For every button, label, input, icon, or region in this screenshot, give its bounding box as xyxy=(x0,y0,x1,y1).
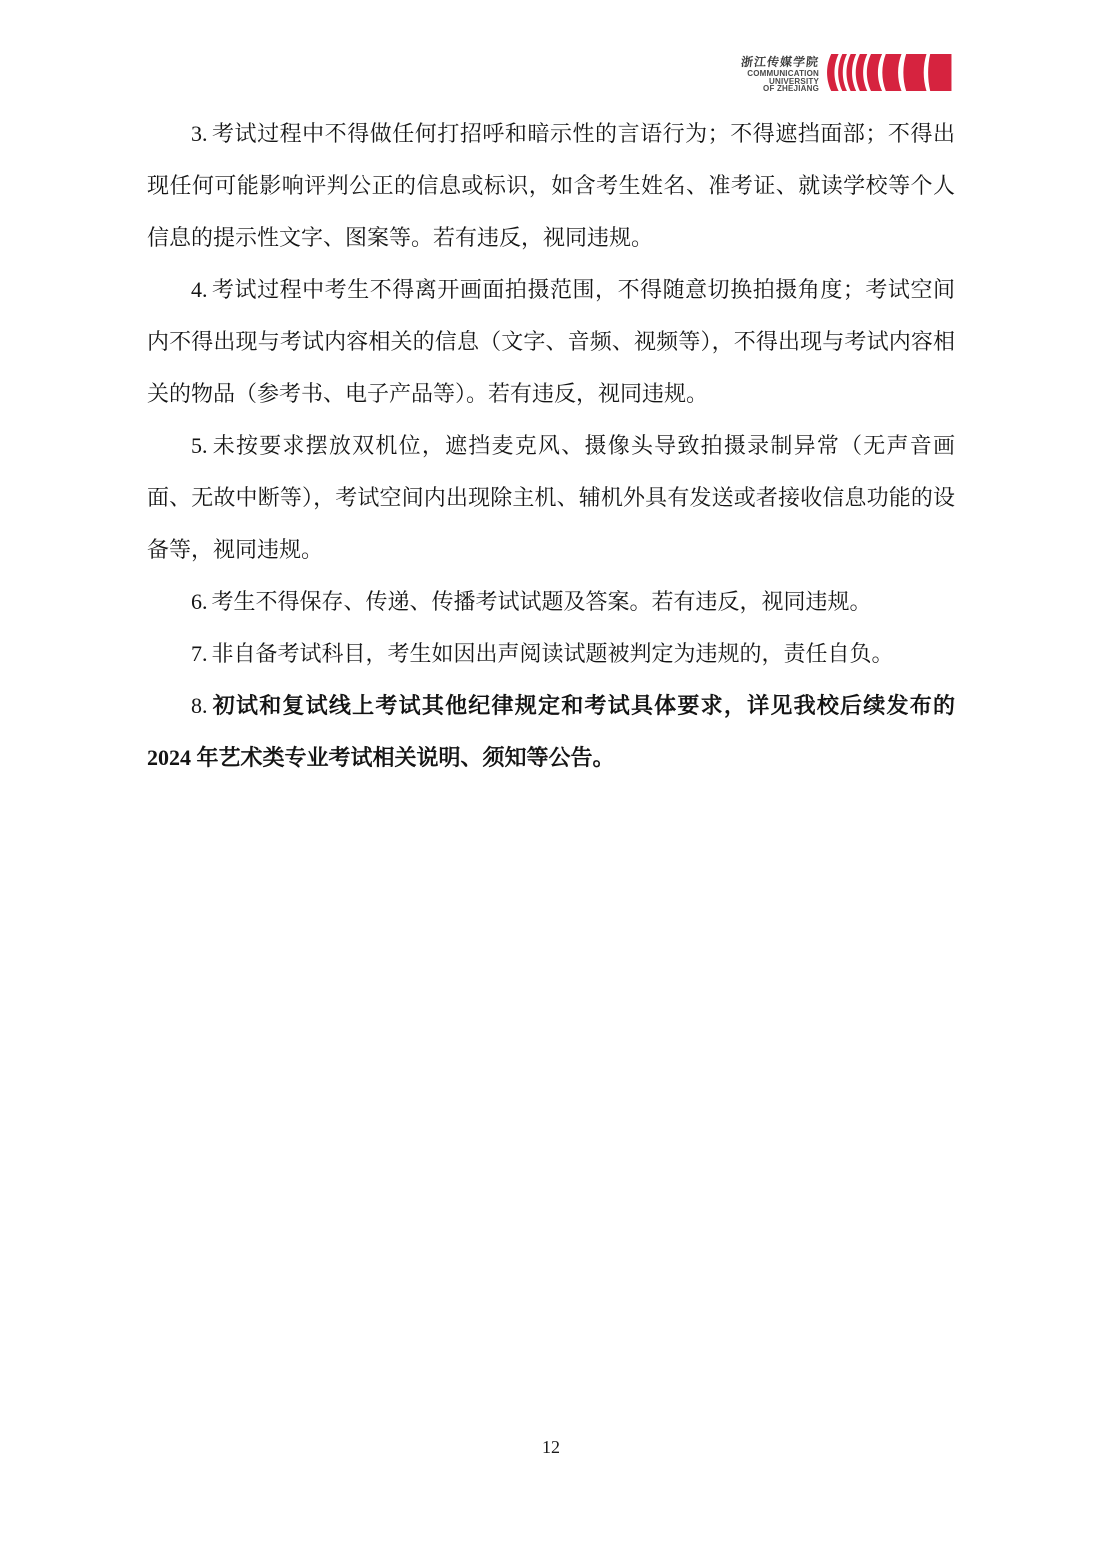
soundwave-logo-icon xyxy=(823,54,956,91)
clause-text: 未按要求摆放双机位，遮挡麦克风、摄像头导致拍摄录制异常（无声音画面、无故中断等）… xyxy=(147,433,955,562)
university-logo-text: 浙江传媒学院 COMMUNICATION UNIVERSITY OF ZHEJI… xyxy=(741,54,819,93)
clause-number: 8. xyxy=(191,693,208,718)
clause-number: 7. xyxy=(191,641,208,666)
clause-text: 考试过程中不得做任何打招呼和暗示性的言语行为；不得遮挡面部；不得出现任何可能影响… xyxy=(147,121,955,250)
document-page: 浙江传媒学院 COMMUNICATION UNIVERSITY OF ZHEJI… xyxy=(0,0,1102,1559)
clause-text: 初试和复试线上考试其他纪律规定和考试具体要求，详见我校后续发布的2024 年艺术… xyxy=(147,693,955,770)
clause-paragraph-6: 6.考生不得保存、传递、传播考试试题及答案。若有违反，视同违规。 xyxy=(147,576,955,628)
clause-paragraph-8: 8.初试和复试线上考试其他纪律规定和考试具体要求，详见我校后续发布的2024 年… xyxy=(147,680,955,784)
clause-number: 6. xyxy=(191,589,208,614)
university-name-chinese: 浙江传媒学院 xyxy=(740,55,819,69)
clause-number: 3. xyxy=(191,121,208,146)
clause-paragraph-7: 7.非自备考试科目，考生如因出声阅读试题被判定为违规的，责任自负。 xyxy=(147,628,955,680)
clause-paragraph-3: 3.考试过程中不得做任何打招呼和暗示性的言语行为；不得遮挡面部；不得出现任何可能… xyxy=(147,108,955,264)
clause-paragraph-5: 5.未按要求摆放双机位，遮挡麦克风、摄像头导致拍摄录制异常（无声音画面、无故中断… xyxy=(147,420,955,576)
clause-paragraph-4: 4.考试过程中考生不得离开画面拍摄范围，不得随意切换拍摄角度；考试空间内不得出现… xyxy=(147,264,955,420)
clause-text: 考生不得保存、传递、传播考试试题及答案。若有违反，视同违规。 xyxy=(212,589,872,614)
clause-text: 非自备考试科目，考生如因出声阅读试题被判定为违规的，责任自负。 xyxy=(212,641,894,666)
university-name-english-line: OF ZHEJIANG xyxy=(741,85,819,93)
clause-number: 5. xyxy=(191,433,208,458)
page-number: 12 xyxy=(0,1437,1102,1458)
university-name-english: COMMUNICATION UNIVERSITY OF ZHEJIANG xyxy=(741,70,819,93)
clause-text: 考试过程中考生不得离开画面拍摄范围，不得随意切换拍摄角度；考试空间内不得出现与考… xyxy=(147,277,955,406)
clause-number: 4. xyxy=(191,277,208,302)
university-logo: 浙江传媒学院 COMMUNICATION UNIVERSITY OF ZHEJI… xyxy=(741,54,956,93)
document-body: 3.考试过程中不得做任何打招呼和暗示性的言语行为；不得遮挡面部；不得出现任何可能… xyxy=(147,108,955,784)
